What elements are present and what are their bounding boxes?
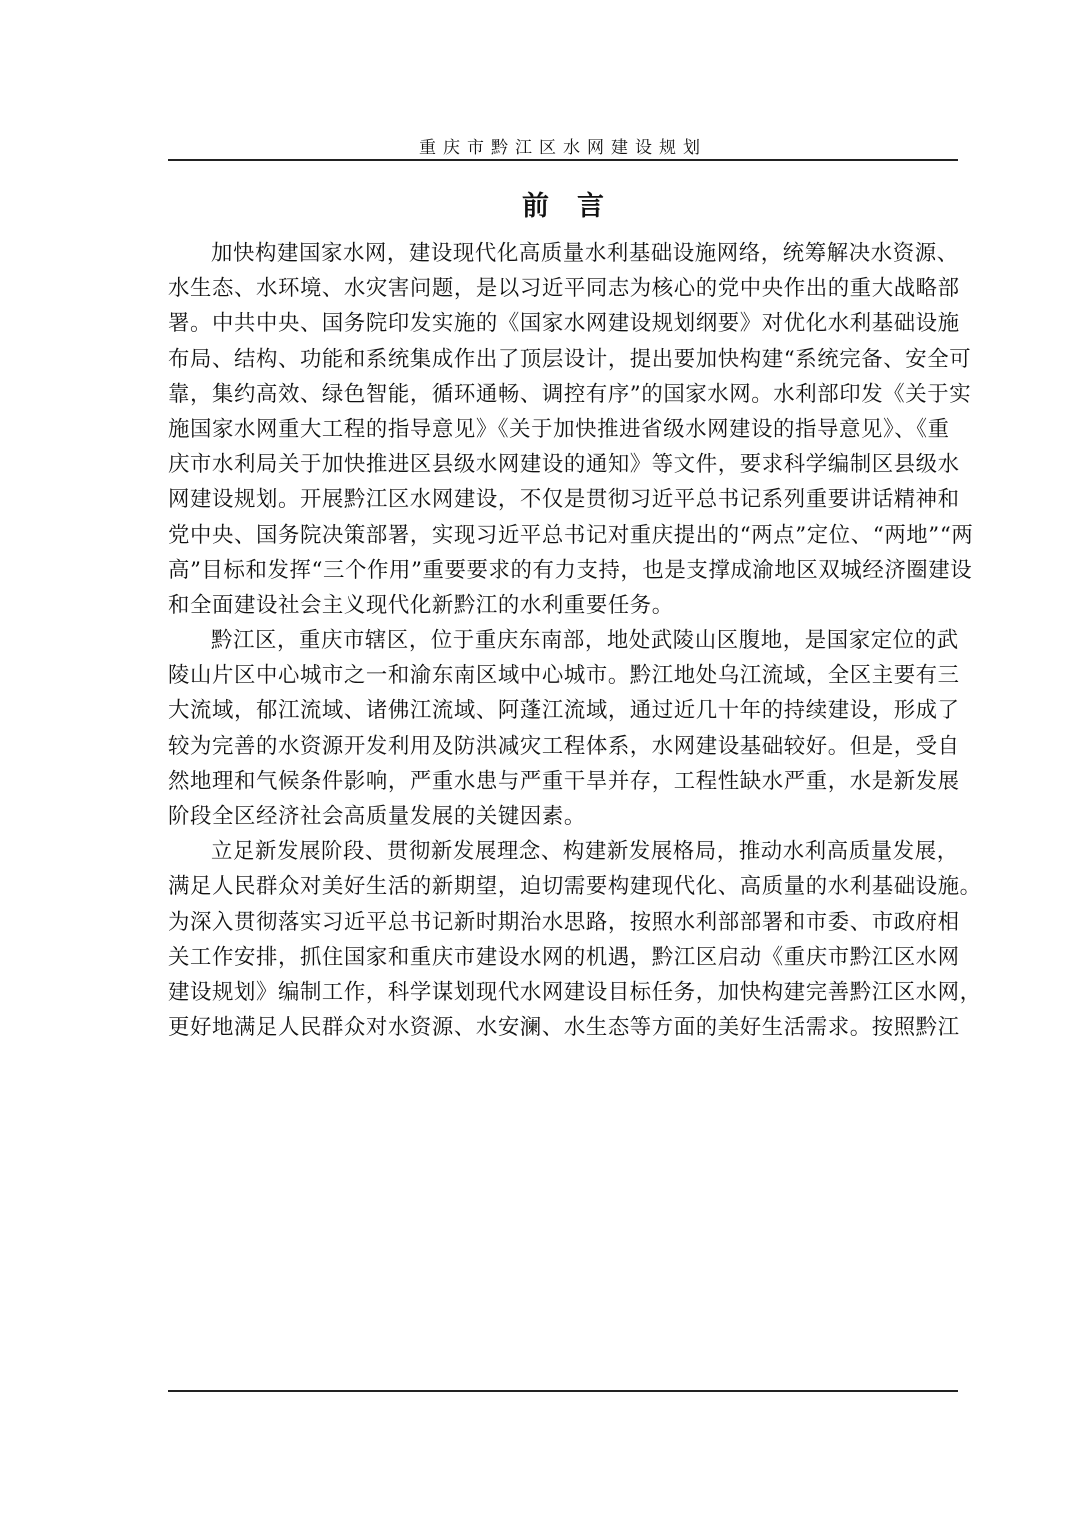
text-line: 大流域，郁江流域、诸佛江流域、阿蓬江流域，通过近几十年的持续建设，形成了 — [168, 693, 968, 728]
text-line: 党中央、国务院决策部署，实现习近平总书记对重庆提出的“两点”定位、“两地”“两 — [168, 518, 968, 553]
running-header-title: 重庆市黔江区水网建设规划 — [168, 133, 958, 158]
text-line: 加快构建国家水网，建设现代化高质量水利基础设施网络，统筹解决水资源、 — [168, 236, 968, 271]
paragraph-1: 加快构建国家水网，建设现代化高质量水利基础设施网络，统筹解决水资源、 水生态、水… — [168, 236, 968, 623]
text-line: 更好地满足人民群众对水资源、水安澜、水生态等方面的美好生活需求。按照黔江 — [168, 1010, 968, 1045]
text-line: 关工作安排，抓住国家和重庆市建设水网的机遇，黔江区启动《重庆市黔江区水网 — [168, 940, 968, 975]
text-line: 较为完善的水资源开发利用及防洪减灾工程体系，水网建设基础较好。但是，受自 — [168, 729, 968, 764]
text-line: 布局、结构、功能和系统集成作出了顶层设计，提出要加快构建“系统完备、安全可 — [168, 342, 968, 377]
text-line: 立足新发展阶段、贯彻新发展理念、构建新发展格局，推动水利高质量发展， — [168, 834, 968, 869]
text-line: 陵山片区中心城市之一和渝东南区域中心城市。黔江地处乌江流域，全区主要有三 — [168, 658, 968, 693]
text-line: 网建设规划。开展黔江区水网建设，不仅是贯彻习近平总书记系列重要讲话精神和 — [168, 482, 968, 517]
text-line: 为深入贯彻落实习近平总书记新时期治水思路，按照水利部部署和市委、市政府相 — [168, 905, 968, 940]
text-line: 然地理和气候条件影响，严重水患与严重干旱并存，工程性缺水严重，水是新发展 — [168, 764, 968, 799]
footer-divider — [168, 1390, 958, 1392]
text-line: 和全面建设社会主义现代化新黔江的水利重要任务。 — [168, 588, 968, 623]
text-line: 高”目标和发挥“三个作用”重要要求的有力支持，也是支撑成渝地区双城经济圈建设 — [168, 553, 968, 588]
page-title: 前言 — [168, 184, 958, 223]
text-line: 建设规划》编制工作，科学谋划现代水网建设目标任务，加快构建完善黔江区水网， — [168, 975, 968, 1010]
text-line: 水生态、水环境、水灾害问题，是以习近平同志为核心的党中央作出的重大战略部 — [168, 271, 968, 306]
text-line: 阶段全区经济社会高质量发展的关键因素。 — [168, 799, 968, 834]
text-line: 署。中共中央、国务院印发实施的《国家水网建设规划纲要》对优化水利基础设施 — [168, 306, 968, 341]
text-line: 黔江区，重庆市辖区，位于重庆东南部，地处武陵山区腹地，是国家定位的武 — [168, 623, 968, 658]
text-line: 施国家水网重大工程的指导意见》《关于加快推进省级水网建设的指导意见》、《重 — [168, 412, 968, 447]
paragraph-2: 黔江区，重庆市辖区，位于重庆东南部，地处武陵山区腹地，是国家定位的武 陵山片区中… — [168, 623, 968, 834]
paragraph-3: 立足新发展阶段、贯彻新发展理念、构建新发展格局，推动水利高质量发展， 满足人民群… — [168, 834, 968, 1045]
header-divider — [168, 159, 958, 161]
text-line: 庆市水利局关于加快推进区县级水网建设的通知》等文件，要求科学编制区县级水 — [168, 447, 968, 482]
document-body: 加快构建国家水网，建设现代化高质量水利基础设施网络，统筹解决水资源、 水生态、水… — [168, 236, 968, 1045]
text-line: 靠，集约高效、绿色智能，循环通畅、调控有序”的国家水网。水利部印发《关于实 — [168, 377, 968, 412]
text-line: 满足人民群众对美好生活的新期望，迫切需要构建现代化、高质量的水利基础设施。 — [168, 869, 968, 904]
